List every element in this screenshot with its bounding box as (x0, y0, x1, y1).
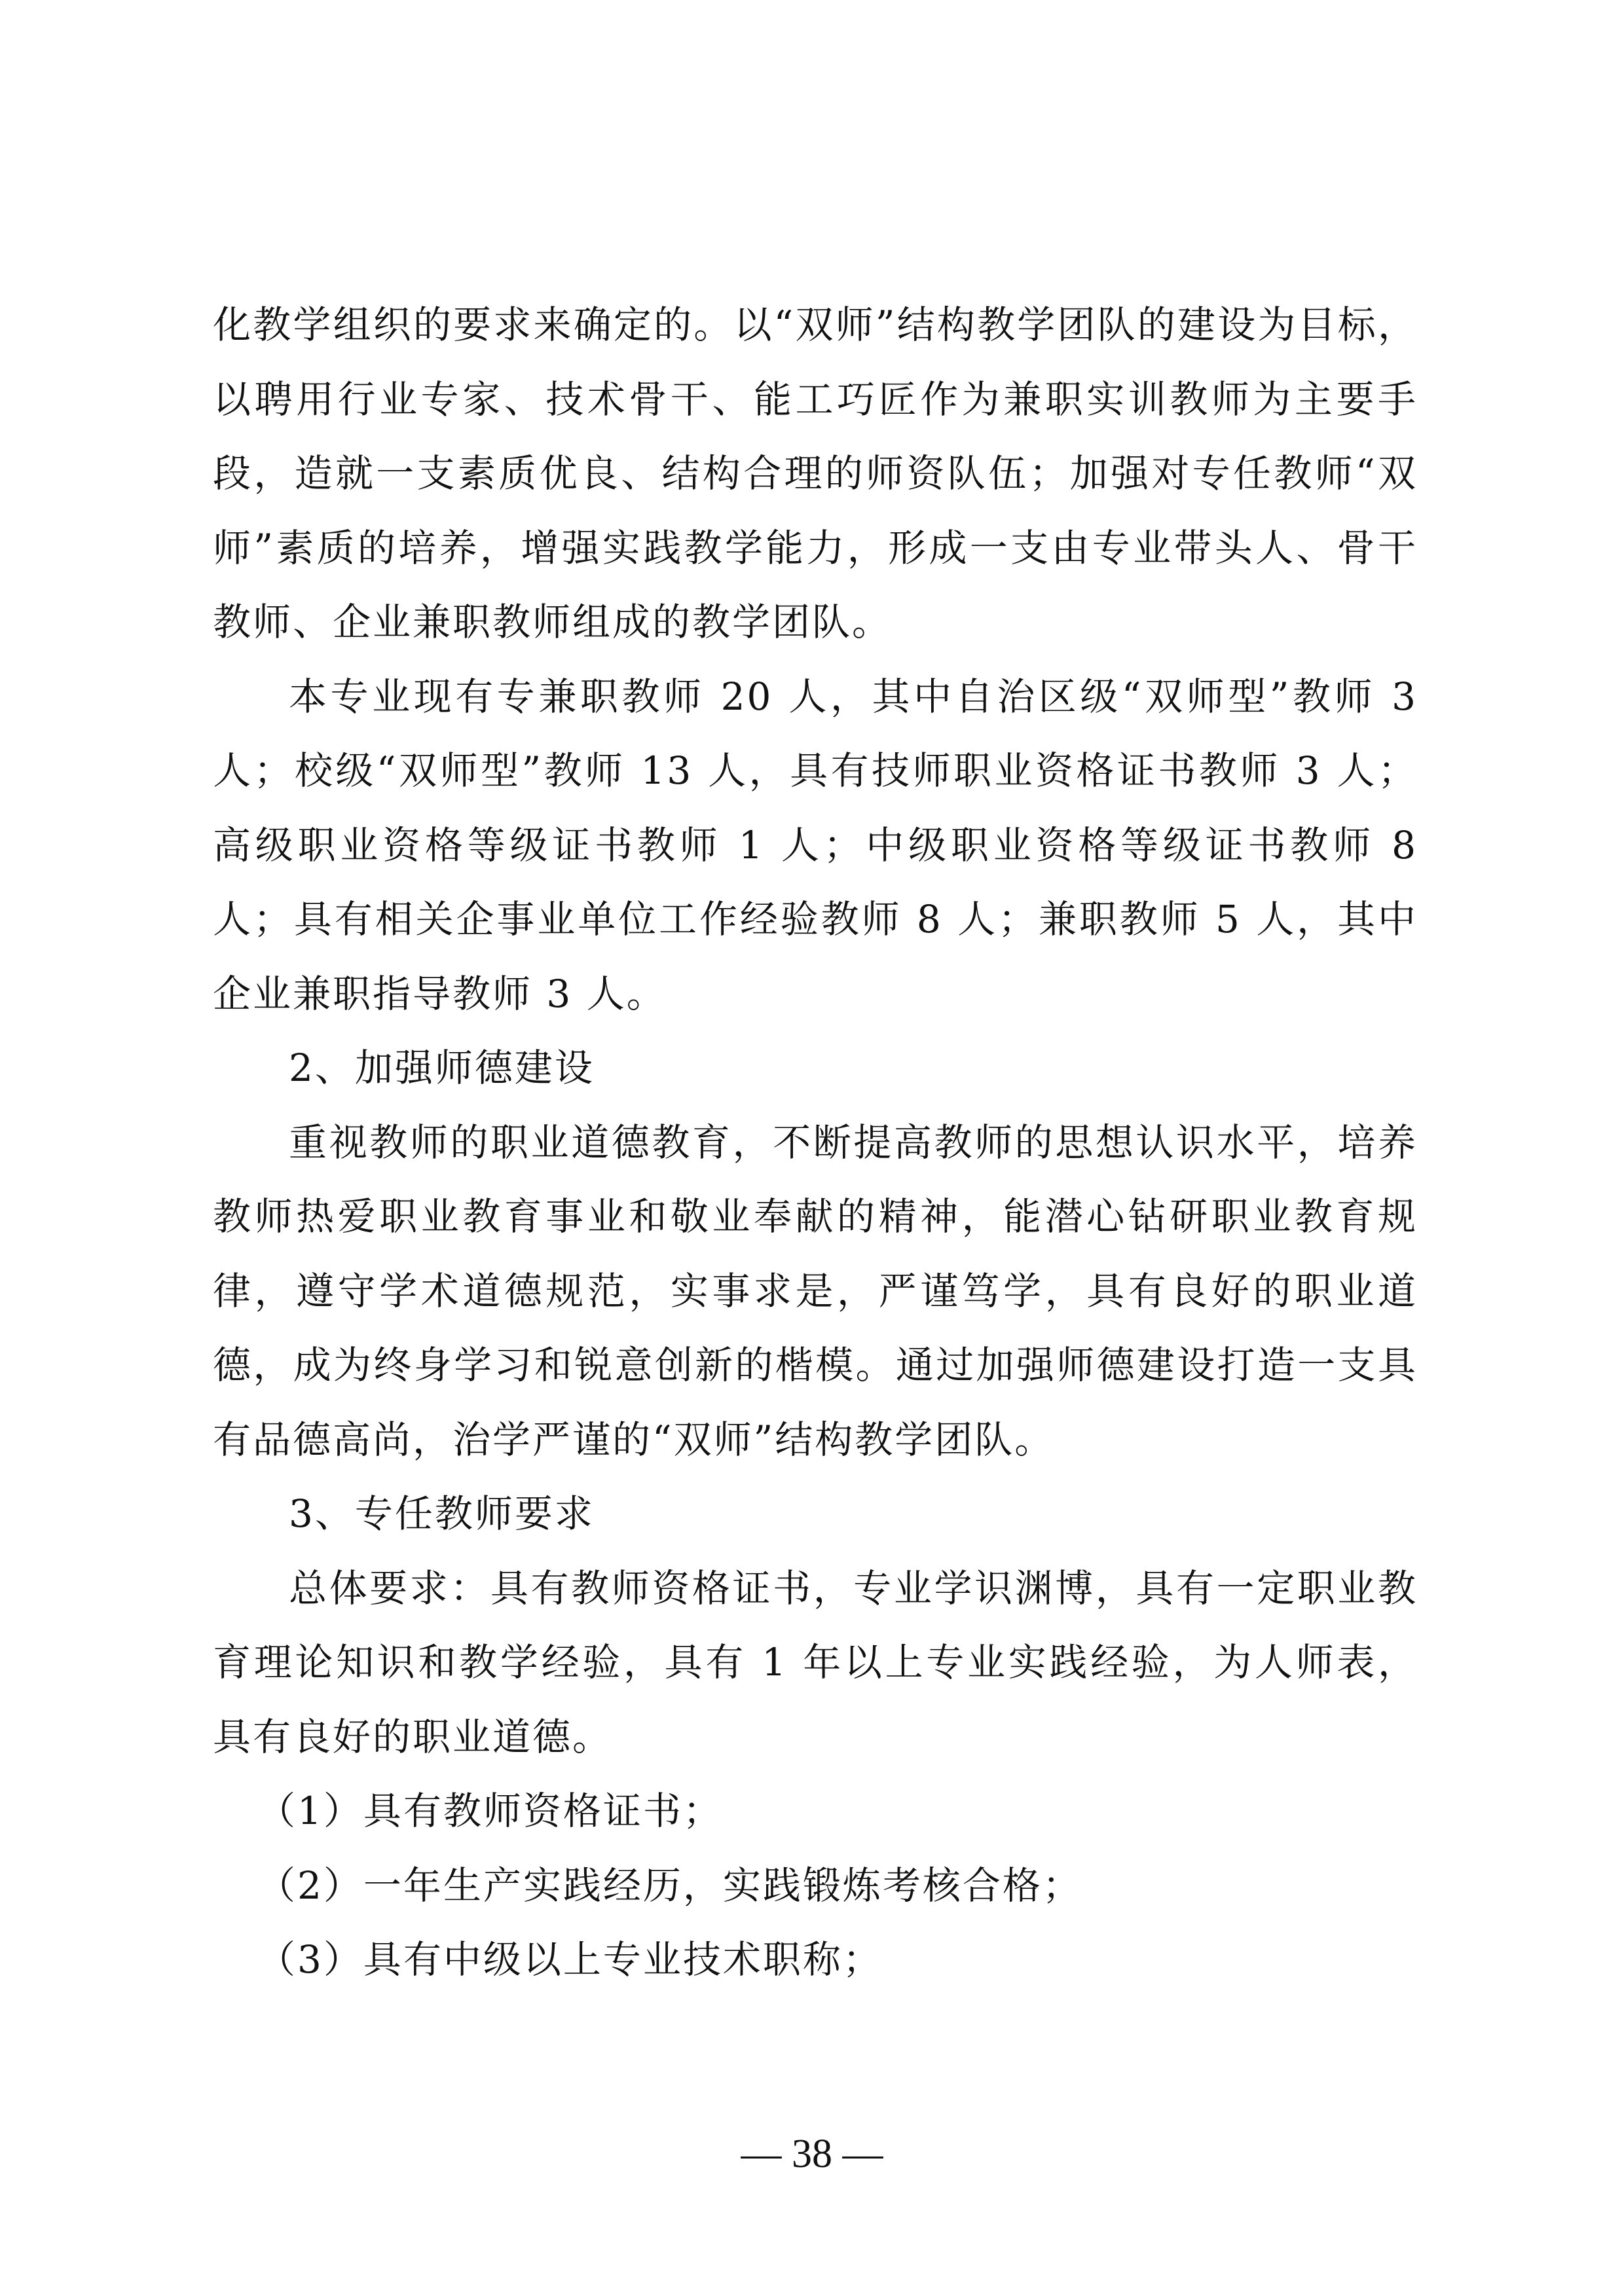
heading-ethics: 2、加强师德建设 (213, 1031, 1418, 1106)
heading-fulltime-requirements: 3、专任教师要求 (213, 1477, 1418, 1552)
document-body: 化教学组织的要求来确定的。以“双师”结构教学团队的建设为目标，以聘用行业专家、技… (213, 288, 1418, 1997)
paragraph-ethics: 重视教师的职业道德教育，不断提高教师的思想认识水平，培养教师热爱职业教育事业和敬… (213, 1106, 1418, 1478)
paragraph-team-building: 化教学组织的要求来确定的。以“双师”结构教学团队的建设为目标，以聘用行业专家、技… (213, 288, 1418, 660)
requirement-item-2: （2）一年生产实践经历，实践锻炼考核合格； (213, 1849, 1418, 1923)
page-number: — 38 — (0, 2131, 1624, 2178)
requirement-item-3: （3）具有中级以上专业技术职称； (213, 1923, 1418, 1997)
requirement-item-1: （1）具有教师资格证书； (213, 1774, 1418, 1849)
paragraph-teacher-stats: 本专业现有专兼职教师 20 人，其中自治区级“双师型”教师 3 人；校级“双师型… (213, 660, 1418, 1032)
paragraph-general-requirements: 总体要求：具有教师资格证书，专业学识渊博，具有一定职业教育理论知识和教学经验，具… (213, 1552, 1418, 1775)
